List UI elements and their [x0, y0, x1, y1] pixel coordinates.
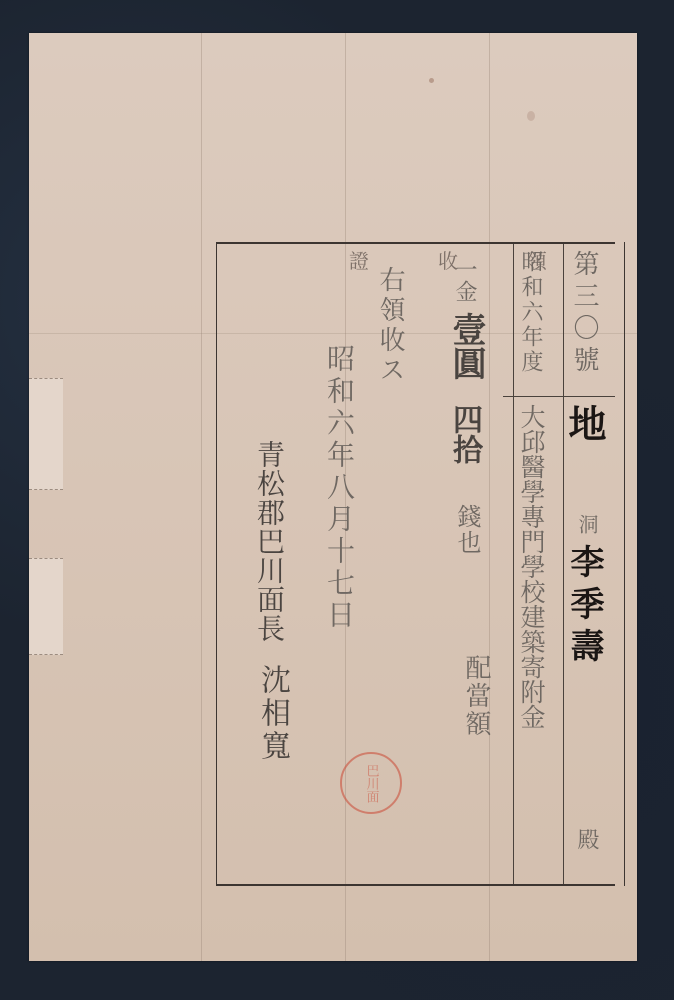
- payer-prefix-mark: 地: [565, 404, 603, 442]
- issuer-name: 沈相寬: [257, 664, 287, 763]
- stain: [527, 111, 535, 121]
- torn-edge: [29, 558, 63, 655]
- amount-unit: 錢也: [455, 504, 479, 556]
- amount-prefix: 一金: [453, 258, 475, 302]
- official-seal: 巴川面: [340, 752, 402, 814]
- fold-line: [201, 33, 202, 961]
- received-statement: 右領收ス: [377, 266, 403, 386]
- stain: [429, 78, 434, 83]
- receipt-paper: 證 收 領 第三〇號 昭和六年度 大邱醫學專門學校建築寄附金 地 洞 李季壽 殿…: [29, 33, 637, 961]
- issuer-office: 青松郡巴川面長: [255, 440, 283, 643]
- purpose-text: 大邱醫學專門學校建築寄附金: [519, 404, 544, 729]
- receipt-frame: 第三〇號 昭和六年度 大邱醫學專門學校建築寄附金 地 洞 李季壽 殿 一金 壹圓…: [216, 242, 615, 886]
- torn-edge: [29, 378, 63, 490]
- amount-sub: 四拾: [449, 404, 479, 464]
- payer-name: 李季壽: [567, 544, 601, 670]
- row-divider: [503, 396, 615, 397]
- frame-right-border: [624, 242, 625, 886]
- amount-main: 壹圓: [449, 312, 483, 380]
- fiscal-year: 昭和六年度: [519, 250, 541, 375]
- allocation-label: 配當額: [463, 654, 489, 738]
- payer-honorific: 殿: [575, 828, 597, 850]
- issue-date: 昭和六年八月十七日: [325, 344, 353, 632]
- payer-village-suffix: 洞: [577, 514, 597, 534]
- column-divider: [513, 244, 514, 884]
- serial-number: 第三〇號: [571, 250, 597, 378]
